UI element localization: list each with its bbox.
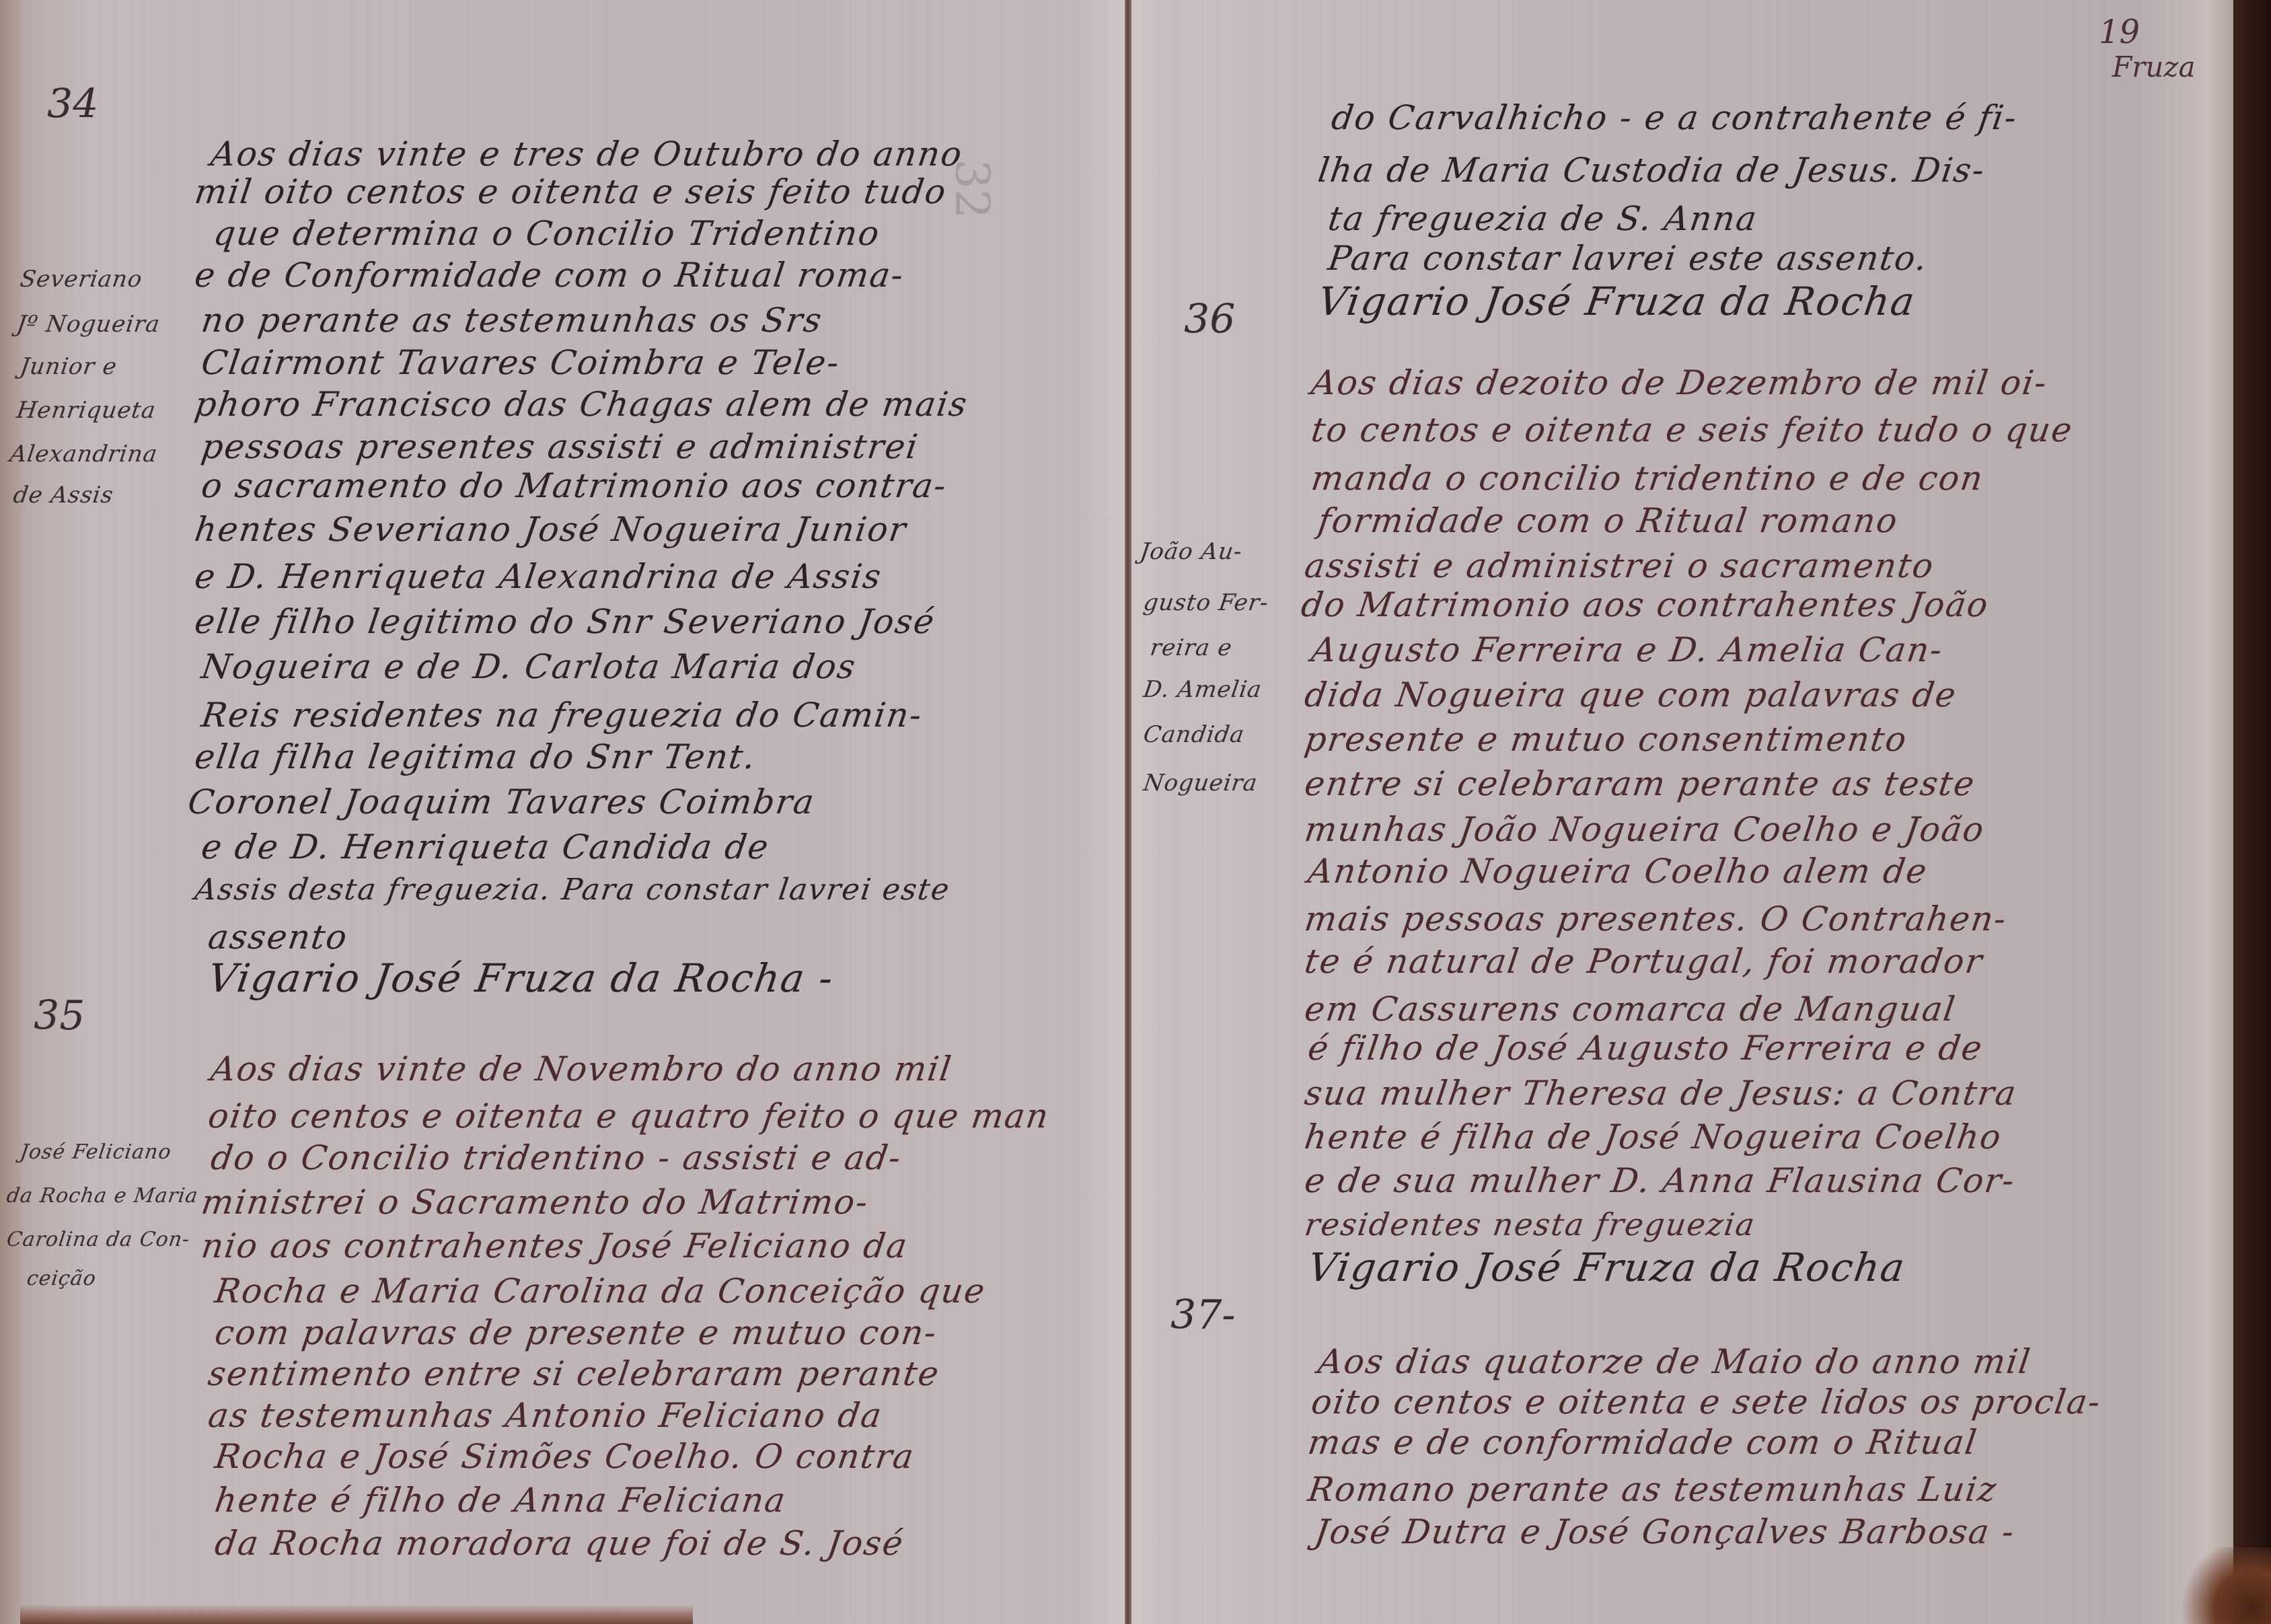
entry-text-line: hentes Severiano José Nogueira Junior (192, 510, 909, 549)
entry-text-line: Romano perante as testemunhas Luiz (1306, 1470, 2000, 1509)
entry-text-line: dida Nogueira que com palavras de (1302, 675, 1960, 714)
entry-text-line: mais pessoas presentes. O Contrahen- (1302, 899, 2010, 938)
margin-note-line: Severiano (18, 266, 144, 293)
margin-note-line: José Feliciano (19, 1140, 173, 1164)
margin-note-line: João Au- (1138, 538, 1244, 565)
entry-text-line: oito centos e oitenta e sete lidos os pr… (1309, 1382, 2104, 1422)
margin-note-line: Carolina da Con- (5, 1228, 192, 1251)
entry-text-line: oito centos e oitenta e quatro feito o q… (206, 1097, 1052, 1136)
entry-text-line: é filho de José Augusto Ferreira e de (1306, 1029, 1986, 1068)
entry-text-line: e de sua mulher D. Anna Flausina Cor- (1302, 1161, 2018, 1200)
entry-text-line: Antonio Nogueira Coelho alem de (1306, 852, 1931, 891)
vicar-signature: Vigario José Fruza da Rocha (1315, 279, 1919, 324)
corner-damage (2180, 1547, 2271, 1624)
entry-text-line: assisti e administrei o sacramento (1302, 546, 1937, 585)
entry-number: 36 (1184, 296, 1235, 343)
vicar-signature: Vigario José Fruza da Rocha (1305, 1245, 1908, 1290)
entry-text-line: hente é filha de José Nogueira Coelho (1302, 1117, 2005, 1156)
book-spine (1125, 0, 1131, 1624)
entry-text-line: hente é filho de Anna Feliciana (213, 1481, 789, 1520)
margin-note-line: Nogueira (1142, 770, 1259, 797)
book-cover-edge (2233, 0, 2271, 1624)
margin-note-line: Alexandrina (8, 441, 159, 468)
entry-text-line: Aos dias dezoito de Dezembro de mil oi- (1309, 363, 2050, 402)
entry-text-line: do o Concilio tridentino - assisti e ad- (209, 1138, 904, 1177)
margin-note-line: ceição (26, 1267, 98, 1290)
entry-text-line: ella filha legitima do Snr Tent. (192, 737, 759, 776)
entry-text-line: manda o concilio tridentino e de con (1309, 459, 1986, 498)
margin-note-line: gusto Fer- (1142, 589, 1270, 616)
entry-text-line: entre si celebraram perante as teste (1302, 764, 1978, 803)
folio-rubric: Fruza (2112, 50, 2195, 83)
entry-text-line: sua mulher Theresa de Jesus: a Contra (1302, 1074, 2019, 1113)
margin-note-line: D. Amelia (1142, 676, 1263, 703)
entry-text-line: sentimento entre si celebraram perante (206, 1354, 942, 1393)
entry-text-line: Augusto Ferreira e D. Amelia Can- (1309, 630, 1945, 669)
entry-text-line: presente e mutuo consentimento (1302, 720, 1910, 759)
entry-text-line: mil oito centos e oitenta e seis feito t… (192, 172, 949, 211)
entry-text-line: do Matrimonio aos contrahentes João (1299, 585, 1992, 624)
entry-text-line: o sacramento do Matrimonio aos contra- (199, 466, 950, 505)
entry-text-line: Nogueira e de D. Carlota Maria dos (199, 647, 859, 686)
entry-text-line: te é natural de Portugal, foi morador (1302, 942, 1986, 981)
entry-text-line: Clairmont Tavares Coimbra e Tele- (199, 343, 843, 382)
entry-text-line: mas e de conformidade com o Ritual (1306, 1423, 1980, 1462)
entry-text-line: phoro Francisco das Chagas alem de mais (192, 385, 971, 424)
entry-text-line: ta freguezia de S. Anna (1326, 199, 1760, 238)
entry-text-line: pessoas presentes assisti e administrei (199, 427, 922, 466)
entry-text-line: que determina o Concilio Tridentino (211, 214, 883, 253)
entry-text-line: em Cassurens comarca de Mangual (1302, 990, 1959, 1029)
entry-text-line: to centos e oitenta e seis feito tudo o … (1309, 410, 2076, 449)
margin-note-line: de Assis (11, 482, 115, 509)
entry-text-line: Para constar lavrei este assento. (1326, 239, 1931, 278)
entry-text-line: José Dutra e José Gonçalves Barbosa - (1312, 1512, 2017, 1551)
vicar-signature: Vigario José Fruza da Rocha - (205, 955, 837, 1001)
entry-text-line: Reis residentes na freguezia do Camin- (199, 696, 925, 735)
margin-note-line: Henriqueta (15, 397, 157, 424)
entry-number: 34 (47, 81, 98, 128)
entry-text-line: e D. Henriqueta Alexandrina de Assis (192, 557, 885, 596)
margin-note-line: Candida (1142, 721, 1246, 748)
entry-text-line: no perante as testemunhas os Srs (199, 301, 825, 340)
entry-text-line: da Rocha moradora que foi de S. José (213, 1524, 907, 1563)
entry-number: 35 (34, 992, 85, 1039)
entry-text-line: do Carvalhicho - e a contrahente é fi- (1329, 98, 2020, 137)
open-register-book: 32 34 Severiano Jº Nogueira Junior e Hen… (0, 0, 2271, 1624)
margin-note-line: Junior e (18, 353, 119, 380)
folio-number: 19 (2099, 13, 2140, 51)
entry-text-line: lha de Maria Custodia de Jesus. Dis- (1316, 151, 1988, 190)
entry-text-line: Aos dias quatorze de Maio do anno mil (1316, 1342, 2034, 1381)
entry-text-line: formidade com o Ritual romano (1316, 501, 1901, 540)
water-stain (20, 1604, 693, 1624)
entry-text-line: ministrei o Sacramento do Matrimo- (199, 1183, 871, 1222)
entry-text-line: Aos dias vinte de Novembro do anno mil (209, 1049, 955, 1088)
margin-note-line: reira e (1148, 634, 1234, 661)
entry-number: 37- (1170, 1292, 1236, 1339)
entry-text-line: assento (206, 918, 350, 957)
margin-note-line: Jº Nogueira (15, 311, 161, 338)
entry-text-line: com palavras de presente e mutuo con- (213, 1313, 940, 1352)
entry-text-line: residentes nesta freguezia (1302, 1206, 1758, 1243)
entry-text-line: munhas João Nogueira Coelho e João (1302, 810, 1987, 849)
entry-text-line: e de D. Henriqueta Candida de (199, 827, 772, 866)
entry-text-line: e de Conformidade com o Ritual roma- (192, 256, 907, 295)
entry-text-line: Rocha e José Simões Coelho. O contra (213, 1437, 918, 1476)
entry-text-line: Coronel Joaquim Tavares Coimbra (186, 782, 818, 821)
entry-text-line: elle filho legitimo do Snr Severiano Jos… (192, 602, 938, 641)
margin-note-line: da Rocha e Maria (5, 1184, 200, 1208)
entry-text-line: Aos dias vinte e tres de Outubro do anno (209, 135, 965, 174)
entry-text-line: Assis desta freguezia. Para constar lavr… (192, 873, 953, 907)
entry-text-line: nio aos contrahentes José Feliciano da (199, 1226, 911, 1265)
entry-text-line: as testemunhas Antonio Feliciano da (206, 1396, 885, 1435)
entry-text-line: Rocha e Maria Carolina da Conceição que (213, 1271, 988, 1311)
